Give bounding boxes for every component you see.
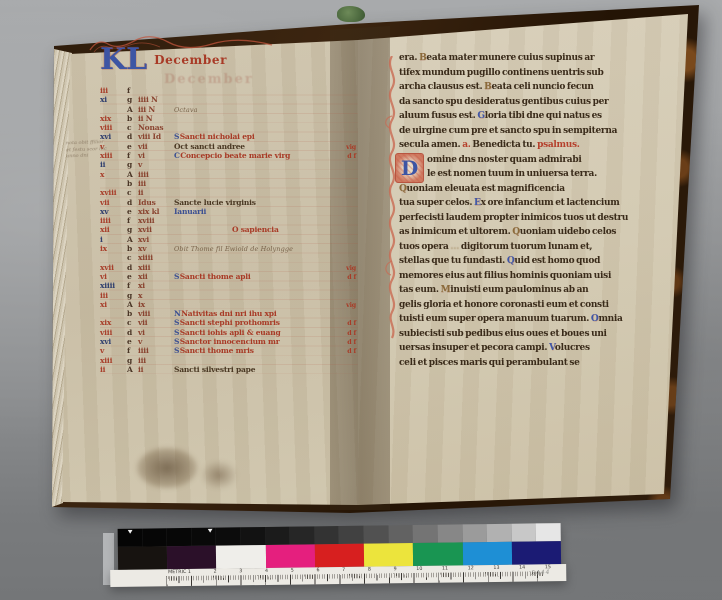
- calendar-row: xviiicii: [100, 188, 358, 197]
- calendar-rows: iiifxigiiii NAiii NOctavaxixbii NviiicNo…: [100, 86, 358, 374]
- text-line: perfecisti laudem propter inimicos tuos …: [399, 213, 639, 228]
- color-patch: [462, 542, 512, 566]
- psalter-text-block: D era. Beata mater munere cuius supinus …: [399, 53, 639, 372]
- text-line: gelis gloria et honore coronasti eum et …: [399, 300, 639, 315]
- text-line: celi et pisces maris qui perambulant se: [399, 358, 639, 373]
- parchment-stain: [200, 460, 238, 490]
- calendar-row: iAxvi: [100, 235, 358, 244]
- text-lines: era. Beata mater munere cuius supinus ar…: [399, 53, 639, 372]
- offset-ghost-text: December: [164, 72, 254, 87]
- text-line: tifex mundum pugillo continens uentris s…: [399, 68, 639, 83]
- gray-step: [167, 528, 192, 546]
- text-line: omine dns noster quam admirabi: [399, 155, 639, 170]
- text-line: uersas insuper et pecora campi. Volucres: [399, 343, 639, 358]
- text-line: tua super celos. Ex ore infancium et lac…: [399, 198, 639, 213]
- color-patch: [413, 542, 463, 566]
- gray-step: [142, 528, 167, 546]
- calendar-row: xixbii N: [100, 114, 358, 123]
- calendar-row: cxiiii: [100, 253, 358, 262]
- penwork-flourish: [88, 34, 288, 54]
- calendar-row: xiiigiii: [100, 356, 358, 365]
- text-line: aluum fusus est. Gloria tibi dne qui nat…: [399, 111, 639, 126]
- gray-step: [191, 528, 216, 546]
- marginal-note: nota obit ffilior et festu scor hic anno…: [66, 138, 145, 160]
- calendar-row: ixbxvObit Thome fil Ewiold de Holyngge: [100, 244, 358, 253]
- calendar-row: iiiifxviii: [100, 216, 358, 225]
- calendar-row: viidIdusSancte lucie virginis: [100, 198, 358, 207]
- text-line: tuisti eum super opera manuum tuarum. Om…: [399, 314, 639, 329]
- calendar-row: biii: [100, 179, 358, 188]
- calendar-row: bviiiNNativitas dni nri ihu xpi: [100, 309, 358, 318]
- calendar-row: xvexix klIanuarii: [100, 207, 358, 216]
- color-patch: [118, 546, 168, 570]
- calendar-block: December KL December iiifxigiiii NAiii N…: [100, 46, 358, 398]
- gray-step: [413, 525, 438, 543]
- text-line: subiecisti sub pedibus eius oues et boue…: [399, 329, 639, 344]
- gray-step: [511, 523, 536, 541]
- gray-step: [438, 524, 463, 542]
- gray-step: [241, 527, 266, 545]
- gray-step: [364, 525, 389, 543]
- gray-step: [462, 524, 487, 542]
- calendar-row: Aiii NOctava: [100, 105, 358, 114]
- calendar-row: viexiiSSancti thome aplid f: [100, 272, 358, 281]
- penwork-border: [383, 56, 399, 351]
- text-line: era. Beata mater munere cuius supinus ar: [399, 53, 639, 68]
- color-patch: [265, 544, 315, 568]
- color-patch: [364, 543, 414, 567]
- color-patch: [216, 545, 266, 569]
- illuminated-initial: D: [395, 153, 424, 183]
- calendar-row: iigv: [100, 160, 358, 169]
- text-line: Quoniam eleuata est magnificencia: [399, 184, 639, 199]
- text-line: tuos opera … digitorum tuorum lunam et,: [399, 242, 639, 257]
- gray-step: [216, 527, 241, 545]
- calendar-row: xixcviiSSancti stephi prothomrisd f: [100, 318, 358, 327]
- color-patch: [315, 544, 365, 568]
- calendar-row: xAiiii: [100, 170, 358, 179]
- month-title: December: [154, 53, 227, 67]
- gray-step: [487, 524, 512, 542]
- calendar-row: xiAixvig: [100, 300, 358, 309]
- calendar-row: iiAiiSancti silvestri pape: [100, 365, 358, 374]
- calendar-row: vfiiiiSSancti thome mrisd f: [100, 346, 358, 355]
- text-line: le est nomen tuum in uniuersa terra.: [399, 169, 639, 184]
- calendar-row: viiicNonas: [100, 123, 358, 132]
- calendar-row: viiidviSSancti iohis apli & euangd f: [100, 328, 358, 337]
- text-line: de uirgine cum pre et sancto spu in semp…: [399, 126, 639, 141]
- text-line: da sancto spu desideratus gentibus cuius…: [399, 97, 639, 112]
- text-line: stellas que tu fundasti. Quid est homo q…: [399, 256, 639, 271]
- parchment-stain: [136, 447, 198, 489]
- calendar-row: xiiiifxi: [100, 281, 358, 290]
- calendar-row: xviidxiiivig: [100, 263, 358, 272]
- calendar-row: xvievSSanctor innocencium mrd f: [100, 337, 358, 346]
- calendar-row: iiif: [100, 86, 358, 95]
- photo-stage: December KL December iiifxigiiii NAiii N…: [0, 0, 722, 600]
- text-line: tas eum. Minuisti eum paulominus ab an: [399, 285, 639, 300]
- gray-step: [536, 523, 561, 541]
- calendar-row: iiigx: [100, 291, 358, 300]
- color-calibration-bar: METRIC 123456789101112131415 5444: [110, 523, 567, 587]
- handwritten-mark: 5444: [531, 569, 551, 577]
- gray-step: [265, 527, 290, 545]
- color-patch: [512, 541, 562, 565]
- gray-step: [388, 525, 413, 543]
- color-patch: [167, 546, 217, 570]
- text-line: memores eius aut filius hominis quoniam …: [399, 271, 639, 286]
- calendar-row: xigiiii N: [100, 95, 358, 104]
- calendar-row: xiigxviiO sapiencia: [100, 225, 358, 234]
- text-line: archa clausus est. Beata celi nuncio fec…: [399, 82, 639, 97]
- gray-step: [339, 526, 364, 544]
- text-line: secula amen. a. Benedicta tu. psalmus.: [399, 140, 639, 155]
- bookmark-tab: [337, 6, 365, 22]
- gray-step: [290, 526, 315, 544]
- text-line: as inimicum et ultorem. Quoniam uidebo c…: [399, 227, 639, 242]
- gray-step: [314, 526, 339, 544]
